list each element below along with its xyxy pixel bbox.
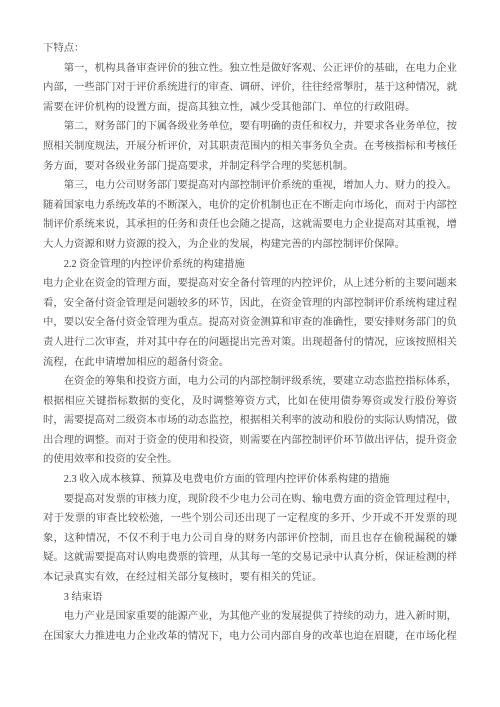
section-heading-2-3: 2.3 收入成本核算、预算及电费电价方面的管理内控评价体系构建的措施: [43, 470, 457, 490]
paragraph-point-1: 第一，机构具备审查评价的独立性。独立性是做好客观、公正评价的基础，在电力企业内部…: [43, 59, 457, 118]
paragraph-fund-management: 电力企业在资金的管理方面，要提高对安全备付管理的内控评价，从上述分析的主要问题来…: [43, 274, 457, 372]
paragraph-point-2: 第二，财务部门的下属各级业务单位，要有明确的责任和权力，并要求各业务单位，按照相…: [43, 117, 457, 176]
paragraph-conclusion: 电力产业是国家重要的能源产业，为其他产业的发展提供了持续的动力，进入新时期，在国…: [43, 607, 457, 646]
paragraph-invoice-audit: 要提高对发票的审核力度，现阶段不少电力公司在购、输电费方面的资金管理过程中，对于…: [43, 490, 457, 588]
paragraph-continuation-fragment: 下特点：: [43, 39, 457, 59]
document-page: 下特点： 第一，机构具备审查评价的独立性。独立性是做好客观、公正评价的基础，在电…: [0, 0, 500, 707]
section-heading-3-conclusion: 3 结束语: [43, 588, 457, 608]
paragraph-fund-raising-investment: 在资金的筹集和投资方面，电力公司的内部控制评级系统，要建立动态监控指标体系，根据…: [43, 372, 457, 470]
section-heading-2-2: 2.2 资金管理的内控评价系统的构建措施: [43, 255, 457, 275]
document-text-block: 下特点： 第一，机构具备审查评价的独立性。独立性是做好客观、公正评价的基础，在电…: [43, 39, 457, 646]
paragraph-point-3: 第三，电力公司财务部门要提高对内部控制评价系统的重视，增加人力、财力的投入。随着…: [43, 176, 457, 254]
